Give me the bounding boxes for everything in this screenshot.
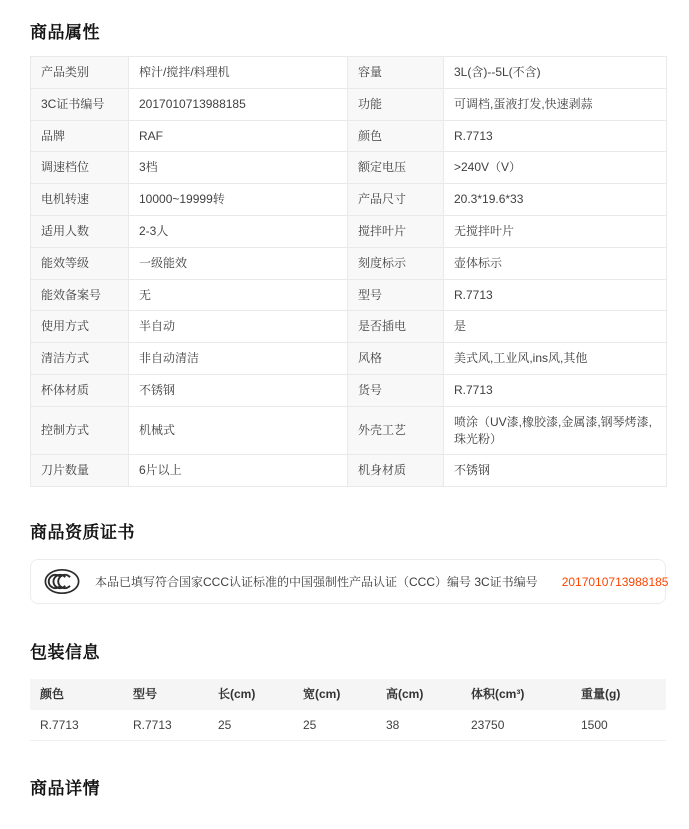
packaging-value-weight: 1500 <box>571 710 666 740</box>
table-row: 能效等级 一级能效 刻度标示 壶体标示 <box>31 247 667 279</box>
table-row: 3C证书编号 2017010713988185 功能 可调档,蛋液打发,快速剥蒜 <box>31 88 667 120</box>
packaging-header-volume: 体积(cm³) <box>461 679 571 709</box>
attr-value: 无搅拌叶片 <box>444 215 667 247</box>
attr-label: 额定电压 <box>348 152 444 184</box>
packaging-header-color: 颜色 <box>30 679 123 709</box>
attr-label: 适用人数 <box>31 215 129 247</box>
attr-label: 品牌 <box>31 120 129 152</box>
packaging-header-model: 型号 <box>123 679 208 709</box>
packaging-header-row: 颜色 型号 长(cm) 宽(cm) 高(cm) 体积(cm³) 重量(g) <box>30 679 666 709</box>
table-row: 能效备案号 无 型号 R.7713 <box>31 279 667 311</box>
section-title-packaging: 包装信息 <box>30 638 666 663</box>
attr-value: 3档 <box>129 152 348 184</box>
attr-value: 喷涂（UV漆,橡胶漆,金属漆,钢琴烤漆,珠光粉） <box>444 406 667 455</box>
attr-label: 刻度标示 <box>348 247 444 279</box>
table-row: 清洁方式 非自动清洁 风格 美式风,工业风,ins风,其他 <box>31 343 667 375</box>
attr-label: 控制方式 <box>31 406 129 455</box>
attr-label: 容量 <box>348 57 444 89</box>
table-row: 使用方式 半自动 是否插电 是 <box>31 311 667 343</box>
packaging-data-row: R.7713 R.7713 25 25 38 23750 1500 <box>30 710 666 740</box>
attr-label: 货号 <box>348 374 444 406</box>
certificate-box: 本品已填写符合国家CCC认证标准的中国强制性产品认证（CCC）编号 3C证书编号… <box>30 559 666 604</box>
certificate-number-link[interactable]: 2017010713988185 <box>562 575 669 589</box>
attr-label: 搅拌叶片 <box>348 215 444 247</box>
attr-value: 10000~19999转 <box>129 184 348 216</box>
attr-value: 非自动清洁 <box>129 343 348 375</box>
ccc-certification-icon <box>43 568 81 595</box>
attr-value: 榨汁/搅拌/料理机 <box>129 57 348 89</box>
attributes-table: 产品类别 榨汁/搅拌/料理机 容量 3L(含)--5L(不含) 3C证书编号 2… <box>30 56 667 487</box>
attr-label: 使用方式 <box>31 311 129 343</box>
attr-value: >240V（V） <box>444 152 667 184</box>
attr-value: 2017010713988185 <box>129 88 348 120</box>
packaging-value-length: 25 <box>208 710 293 740</box>
attr-label: 型号 <box>348 279 444 311</box>
attr-value: 一级能效 <box>129 247 348 279</box>
attr-value: 机械式 <box>129 406 348 455</box>
attr-value: 不锈钢 <box>444 455 667 487</box>
table-row: 适用人数 2-3人 搅拌叶片 无搅拌叶片 <box>31 215 667 247</box>
attr-label: 是否插电 <box>348 311 444 343</box>
attr-label: 产品尺寸 <box>348 184 444 216</box>
attr-value: 壶体标示 <box>444 247 667 279</box>
attr-value: 可调档,蛋液打发,快速剥蒜 <box>444 88 667 120</box>
attr-label: 颜色 <box>348 120 444 152</box>
table-row: 品牌 RAF 颜色 R.7713 <box>31 120 667 152</box>
attr-label: 外壳工艺 <box>348 406 444 455</box>
packaging-value-height: 38 <box>376 710 461 740</box>
attr-value: 6片以上 <box>129 455 348 487</box>
packaging-value-color: R.7713 <box>30 710 123 740</box>
table-row: 控制方式 机械式 外壳工艺 喷涂（UV漆,橡胶漆,金属漆,钢琴烤漆,珠光粉） <box>31 406 667 455</box>
attr-value: 是 <box>444 311 667 343</box>
attr-value: 20.3*19.6*33 <box>444 184 667 216</box>
attr-label: 产品类别 <box>31 57 129 89</box>
packaging-header-length: 长(cm) <box>208 679 293 709</box>
packaging-header-height: 高(cm) <box>376 679 461 709</box>
section-title-details: 商品详情 <box>30 774 666 799</box>
table-row: 刀片数量 6片以上 机身材质 不锈钢 <box>31 455 667 487</box>
product-spec-page: 商品属性 产品类别 榨汁/搅拌/料理机 容量 3L(含)--5L(不含) 3C证… <box>0 0 689 829</box>
attr-value: 无 <box>129 279 348 311</box>
attr-label: 功能 <box>348 88 444 120</box>
table-row: 电机转速 10000~19999转 产品尺寸 20.3*19.6*33 <box>31 184 667 216</box>
section-title-attributes: 商品属性 <box>30 18 666 43</box>
attr-value: R.7713 <box>444 374 667 406</box>
packaging-value-width: 25 <box>293 710 376 740</box>
attr-label: 电机转速 <box>31 184 129 216</box>
attr-value: 3L(含)--5L(不含) <box>444 57 667 89</box>
attr-value: 2-3人 <box>129 215 348 247</box>
attr-label: 调速档位 <box>31 152 129 184</box>
packaging-value-volume: 23750 <box>461 710 571 740</box>
attr-label: 3C证书编号 <box>31 88 129 120</box>
certificate-text: 本品已填写符合国家CCC认证标准的中国强制性产品认证（CCC）编号 3C证书编号 <box>95 573 538 590</box>
attr-value: 半自动 <box>129 311 348 343</box>
table-row: 调速档位 3档 额定电压 >240V（V） <box>31 152 667 184</box>
attr-label: 能效备案号 <box>31 279 129 311</box>
attr-label: 能效等级 <box>31 247 129 279</box>
packaging-table: 颜色 型号 长(cm) 宽(cm) 高(cm) 体积(cm³) 重量(g) R.… <box>30 679 666 741</box>
attr-value: 美式风,工业风,ins风,其他 <box>444 343 667 375</box>
attr-value: R.7713 <box>444 279 667 311</box>
attr-value: R.7713 <box>444 120 667 152</box>
attr-value: 不锈钢 <box>129 374 348 406</box>
attr-label: 杯体材质 <box>31 374 129 406</box>
packaging-header-weight: 重量(g) <box>571 679 666 709</box>
attr-value: RAF <box>129 120 348 152</box>
attr-label: 机身材质 <box>348 455 444 487</box>
packaging-value-model: R.7713 <box>123 710 208 740</box>
attr-label: 刀片数量 <box>31 455 129 487</box>
packaging-header-width: 宽(cm) <box>293 679 376 709</box>
attr-label: 风格 <box>348 343 444 375</box>
attr-label: 清洁方式 <box>31 343 129 375</box>
table-row: 产品类别 榨汁/搅拌/料理机 容量 3L(含)--5L(不含) <box>31 57 667 89</box>
table-row: 杯体材质 不锈钢 货号 R.7713 <box>31 374 667 406</box>
section-title-certificate: 商品资质证书 <box>30 518 666 543</box>
